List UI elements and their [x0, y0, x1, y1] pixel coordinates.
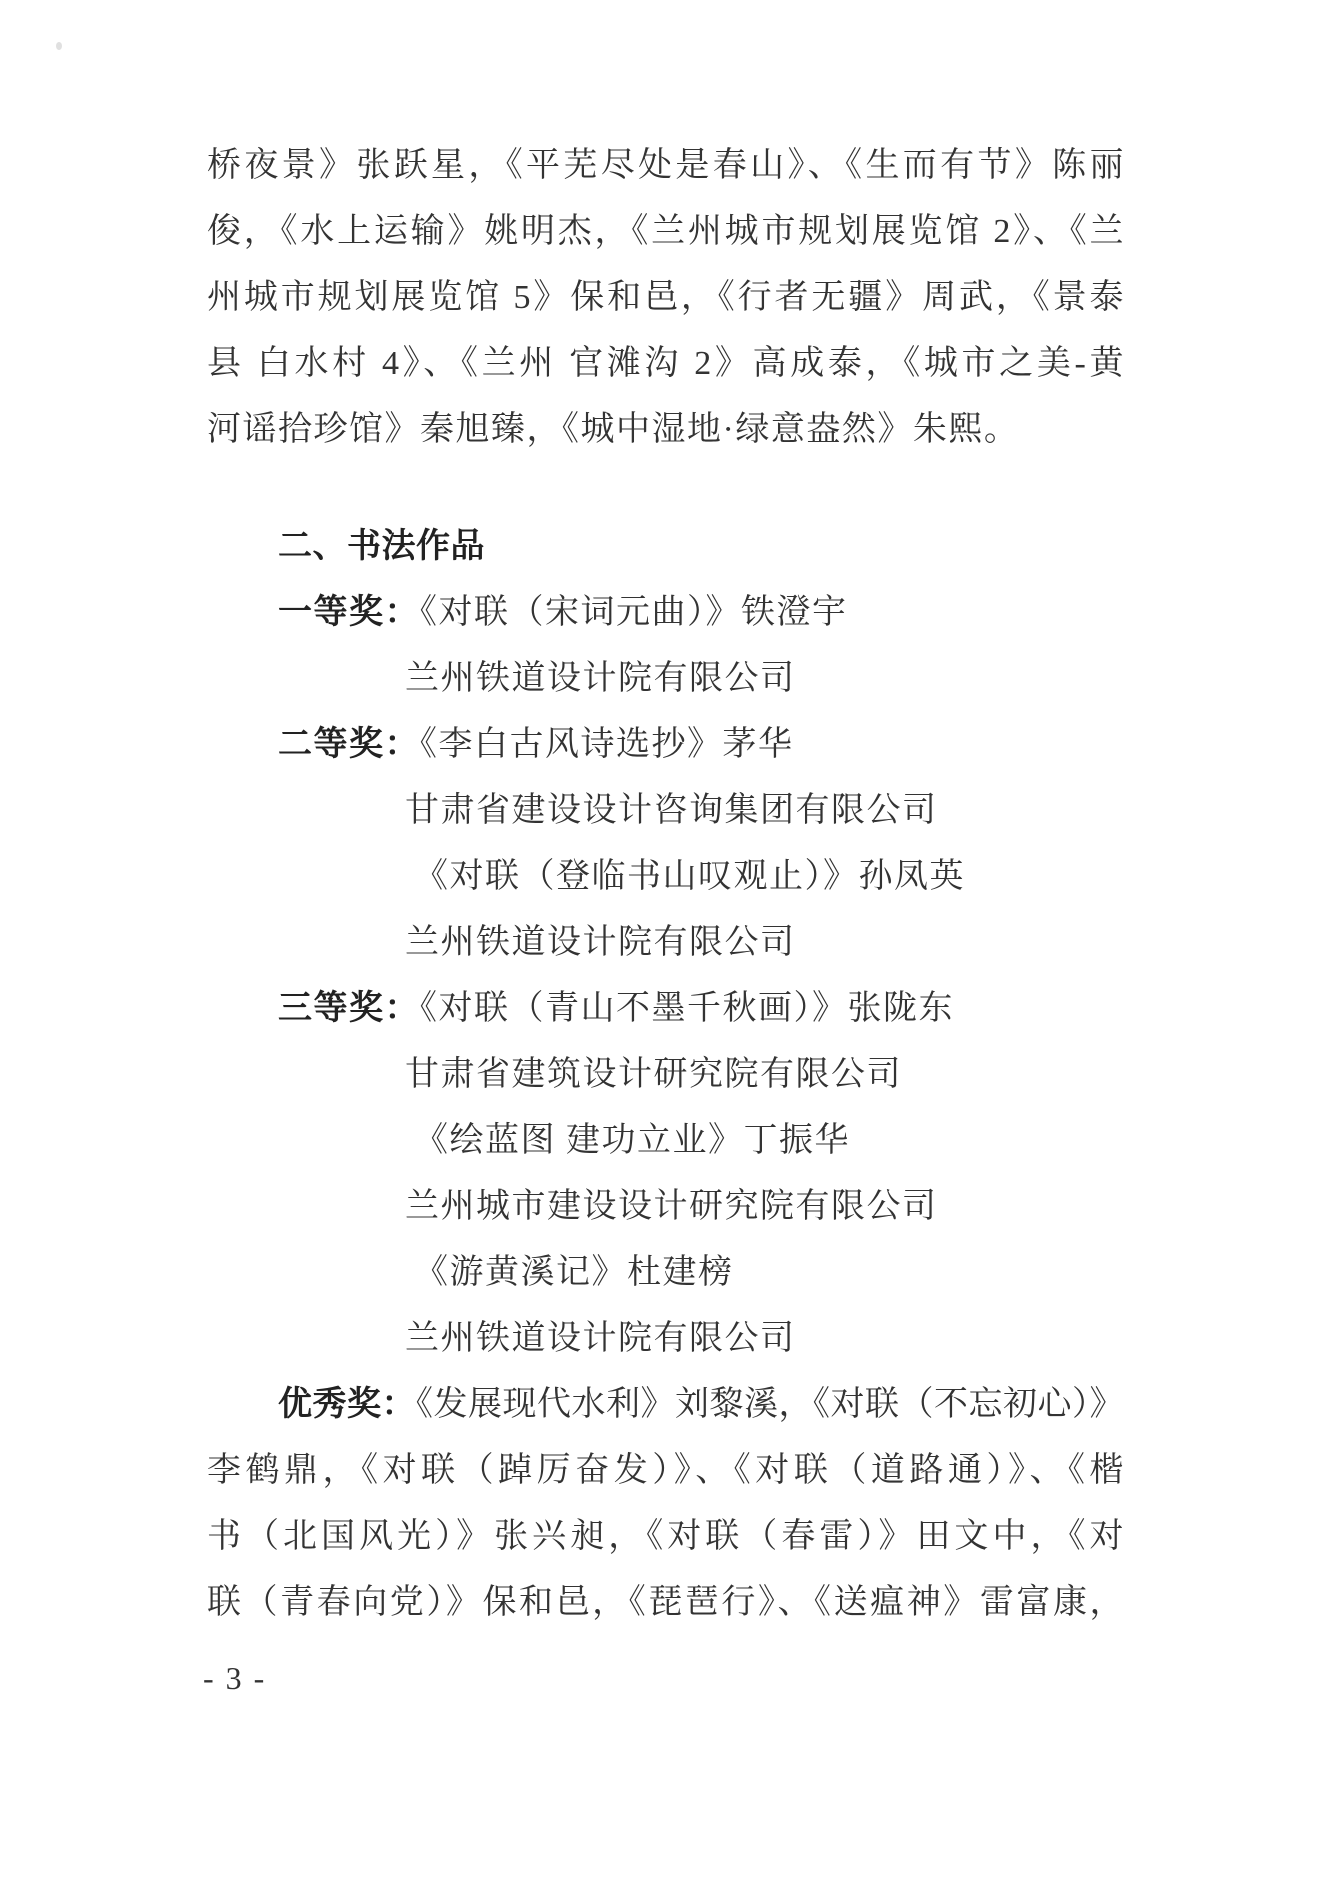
paragraph-line: 书（北国风光）》张兴昶，《对联（春雷）》田文中，《对: [207, 1504, 1123, 1570]
company-line: 兰州城市建设设计研究院有限公司: [207, 1174, 1123, 1240]
company-line: 兰州铁道设计院有限公司: [207, 1306, 1123, 1372]
page-number: - 3 -: [203, 1658, 266, 1698]
work-title-line: 《绘蓝图 建功立业》丁振华: [207, 1108, 1123, 1174]
award-rank-label: 二等奖：: [278, 726, 420, 763]
document-content: 桥夜景》张跃星，《平芜尽处是春山》、《生而有节》陈丽 俊，《水上运输》姚明杰，《…: [207, 133, 1123, 1636]
award-works-and-authors: 《发展现代水利》刘黎溪，《对联（不忘初心）》: [416, 1386, 1123, 1423]
paragraph-line: 俊，《水上运输》姚明杰，《兰州城市规划展览馆 2》、《兰: [207, 199, 1123, 265]
paragraph-line: 河谣拾珍馆》秦旭臻，《城中湿地·绿意盎然》朱熙。: [207, 397, 1123, 463]
company-line: 兰州铁道设计院有限公司: [207, 646, 1123, 712]
company-line: 兰州铁道设计院有限公司: [207, 910, 1123, 976]
section-heading: 二、书法作品: [207, 514, 1123, 580]
paragraph-line: 桥夜景》张跃星，《平芜尽处是春山》、《生而有节》陈丽: [207, 133, 1123, 199]
work-title-line: 《对联（登临书山叹观止）》孙凤英: [207, 844, 1123, 910]
work-title-line: 《游黄溪记》杜建榜: [207, 1240, 1123, 1306]
document-page: 桥夜景》张跃星，《平芜尽处是春山》、《生而有节》陈丽 俊，《水上运输》姚明杰，《…: [0, 0, 1343, 1899]
award-line: 二等奖：《李白古风诗选抄》茅华: [207, 712, 1123, 778]
paragraph-line: 优秀奖：《发展现代水利》刘黎溪，《对联（不忘初心）》: [207, 1372, 1123, 1438]
award-rank-label: 一等奖：: [278, 594, 420, 631]
award-rank-label: 三等奖：: [278, 990, 420, 1027]
award-rank-label: 优秀奖：: [207, 1386, 416, 1423]
excellence-paragraph: 优秀奖：《发展现代水利》刘黎溪，《对联（不忘初心）》 李鹤鼎，《对联（踔厉奋发）…: [207, 1372, 1123, 1636]
paragraph-line: 县 白水村 4》、《兰州 官滩沟 2》高成泰，《城市之美-黄: [207, 331, 1123, 397]
paragraph-line: 李鹤鼎，《对联（踔厉奋发）》、《对联（道路通）》、《楷: [207, 1438, 1123, 1504]
scan-artifact: [56, 42, 62, 50]
award-line: 一等奖：《对联（宋词元曲）》铁澄宇: [207, 580, 1123, 646]
award-work-and-author: 《对联（宋词元曲）》铁澄宇: [420, 594, 848, 631]
company-line: 甘肃省建设设计咨询集团有限公司: [207, 778, 1123, 844]
paragraph-line: 联（青春向党）》保和邑，《琵琶行》、《送瘟神》雷富康，: [207, 1570, 1123, 1636]
award-work-and-author: 《李白古风诗选抄》茅华: [420, 726, 794, 763]
paragraph-line: 州城市规划展览馆 5》保和邑，《行者无疆》周武，《景泰: [207, 265, 1123, 331]
award-work-and-author: 《对联（青山不墨千秋画）》张陇东: [420, 990, 954, 1027]
award-line: 三等奖：《对联（青山不墨千秋画）》张陇东: [207, 976, 1123, 1042]
company-line: 甘肃省建筑设计研究院有限公司: [207, 1042, 1123, 1108]
